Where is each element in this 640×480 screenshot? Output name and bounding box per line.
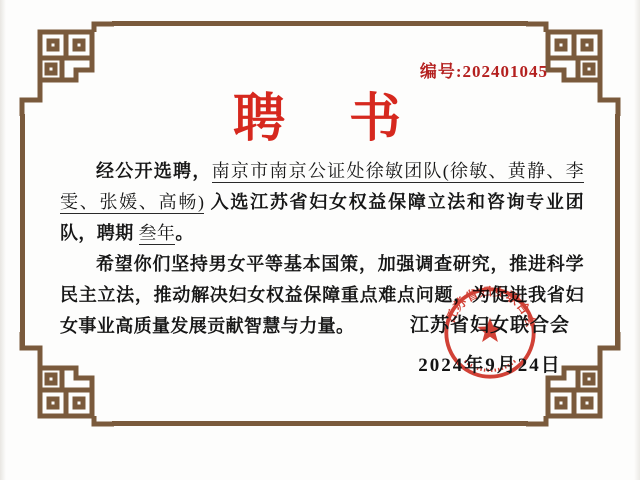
scan-edge-right <box>634 0 640 480</box>
paragraph-appointment: 经公开选聘，南京市南京公证处徐敏团队(徐敏、黄静、李雯、张媛、高畅) 入选江苏省… <box>60 156 584 249</box>
term-fill: 叁年 <box>139 223 176 245</box>
appointment-certificate: 编号:202401045 聘 书 经公开选聘，南京市南京公证处徐敏团队(徐敏、黄… <box>0 0 640 480</box>
issuer-name: 江苏省妇女联合会 <box>374 310 606 337</box>
border-bottom-line <box>112 421 528 426</box>
certificate-title: 聘 书 <box>0 76 640 151</box>
fret-corner-bottom-left-icon <box>14 332 114 432</box>
signature-block: 江苏省妇女联合会 2024年9月24日 <box>374 310 606 377</box>
issue-date: 2024年9月24日 <box>374 350 606 377</box>
p1-end-punct: 。 <box>175 223 193 243</box>
scan-edge-left <box>0 0 6 480</box>
p1-lead-text: 经公开选聘， <box>96 161 212 181</box>
border-top-line <box>112 21 528 26</box>
